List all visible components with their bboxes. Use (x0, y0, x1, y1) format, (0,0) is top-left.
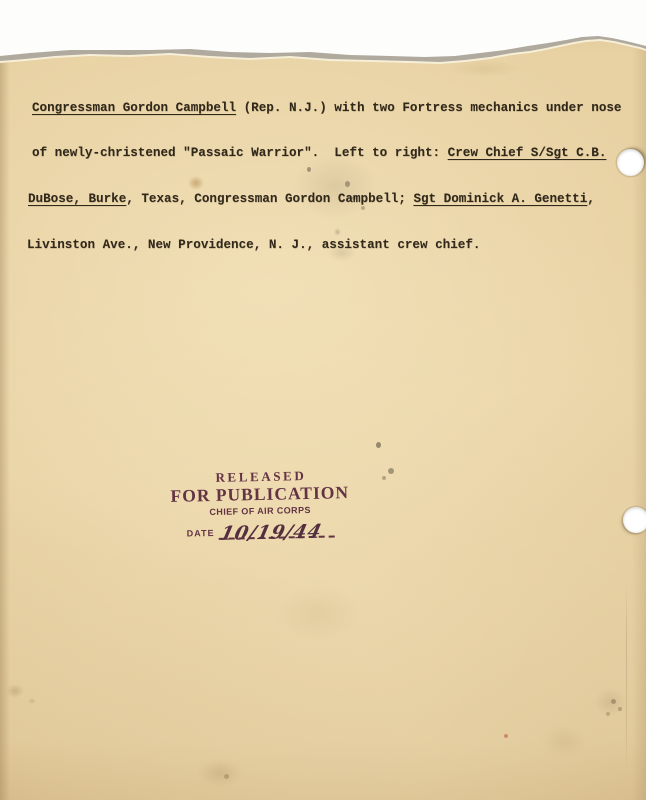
caption-line-1: Congressman Gordon Campbell (Rep. N.J.) … (32, 101, 622, 116)
stain (224, 774, 229, 779)
aged-paper: Congressman Gordon Campbell (Rep. N.J.) … (0, 0, 646, 800)
typed-caption: Congressman Gordon Campbell (Rep. N.J.) … (27, 70, 622, 284)
caption-text: Livinston Ave., New Providence, N. J., a… (27, 238, 480, 252)
stamp-date-line: 10/19/44 (218, 517, 334, 539)
stain (611, 699, 616, 704)
stain (594, 688, 626, 716)
caption-line-2: of newly-christened "Passaic Warrior". L… (32, 146, 622, 161)
caption-text: , (587, 192, 595, 206)
caption-name-dubose: DuBose, Burke (28, 192, 126, 206)
stain (198, 760, 242, 786)
stamp-date-label: DATE (187, 528, 215, 541)
hole-punch-bottom (623, 507, 646, 533)
stain (618, 707, 622, 711)
hole-punch-top (617, 149, 644, 176)
stamp-for-publication-text: FOR PUBLICATION (150, 482, 370, 507)
caption-line-3: DuBose, Burke, Texas, Congressman Gordon… (28, 192, 622, 207)
stamp-chief-of-air-corps-text: CHIEF OF AIR CORPS (150, 504, 370, 520)
caption-name-campbell: Congressman Gordon Campbell (32, 101, 236, 115)
stain (504, 734, 508, 738)
caption-text: of newly-christened "Passaic Warrior". L… (32, 146, 448, 160)
stain (388, 468, 394, 474)
stamp-date-handwritten: 10/19/44 (218, 521, 324, 545)
caption-line-4: Livinston Ave., New Providence, N. J., a… (27, 238, 622, 253)
caption-text: (Rep. N.J.) with two Fortress mechanics … (236, 101, 621, 115)
caption-name-genetti: Sgt Dominick A. Genetti (413, 192, 587, 206)
release-stamp: RELEASED FOR PUBLICATION CHIEF OF AIR CO… (149, 467, 370, 542)
crease-line (626, 580, 627, 775)
caption-text: , Texas, Congressman Gordon Campbell; (126, 192, 413, 206)
stain (6, 684, 24, 698)
stain (276, 588, 360, 640)
stain (376, 442, 381, 448)
scrapbook-page-scan: Congressman Gordon Campbell (Rep. N.J.) … (0, 0, 646, 800)
stain (606, 712, 610, 716)
stamp-date-row: DATE 10/19/44 (150, 518, 370, 542)
caption-name-crew-chief: Crew Chief S/Sgt C.B. (448, 146, 607, 160)
stain (28, 698, 36, 704)
stain (543, 726, 585, 756)
stain (382, 476, 386, 480)
